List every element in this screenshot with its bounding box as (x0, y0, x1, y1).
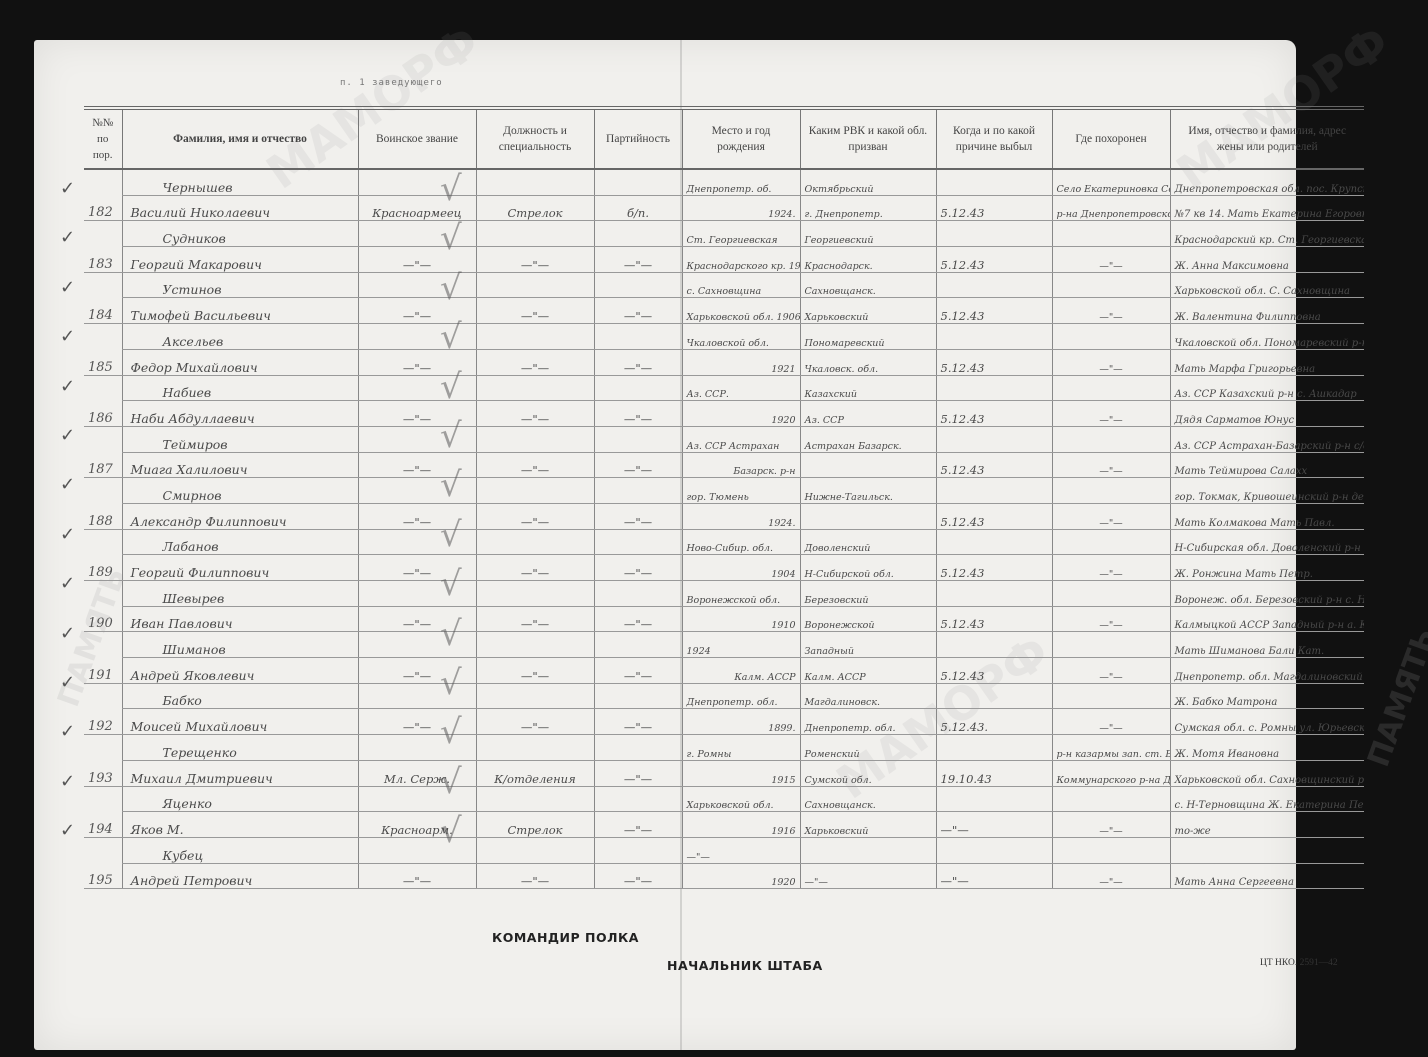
burial-place (1052, 426, 1170, 452)
position: —"— (476, 452, 594, 478)
row-number: 185 (84, 324, 122, 375)
check-mark-icon: √ (440, 271, 462, 305)
rvk-region: Днепропетр. обл. (800, 709, 936, 735)
table-row: 190ШевыревВоронежской обл.БерезовскийВор… (84, 581, 1364, 607)
rvk-region: Чкаловск. обл. (800, 349, 936, 375)
surname: Шевырев (122, 581, 358, 607)
party-cell-empty (594, 426, 682, 452)
party-cell-empty (594, 786, 682, 812)
date-cell-empty (936, 632, 1052, 658)
surname: Судников (122, 221, 358, 247)
birth-place: Аз. ССР Астрахан (682, 426, 800, 452)
party-cell-empty (594, 632, 682, 658)
given-name-patronymic: Федор Михайлович (122, 349, 358, 375)
party: —"— (594, 349, 682, 375)
table-row: 193Терещенког. РомныРоменскийр-н казармы… (84, 735, 1364, 761)
birth-year: 1920 (682, 401, 800, 427)
party: —"— (594, 401, 682, 427)
given-name-patronymic: Михаил Дмитриевич (122, 760, 358, 786)
margin-tick-icon: ✓ (60, 672, 75, 693)
table-row: Тимофей Васильевич—"——"——"—Харьковской о… (84, 298, 1364, 324)
rvk-district: Березовский (800, 581, 936, 607)
party: —"— (594, 709, 682, 735)
burial-place (1052, 375, 1170, 401)
table-row: Наби Абдуллаевич—"——"——"—1920Аз. ССР5.12… (84, 401, 1364, 427)
relative-address: Аз. ССР Астрахан-Базарский р-н с/с Лятин… (1170, 426, 1364, 452)
rvk-region: г. Днепропетр. (800, 195, 936, 221)
party: —"— (594, 452, 682, 478)
check-mark-icon: √ (440, 468, 462, 502)
given-name-patronymic: Георгий Макарович (122, 247, 358, 273)
burial-place (1052, 324, 1170, 350)
surname: Смирнов (122, 478, 358, 504)
position-cell-empty (476, 324, 594, 350)
date-cell-empty (936, 581, 1052, 607)
position: —"— (476, 555, 594, 581)
header-full-name: Фамилия, имя и отчество (122, 108, 358, 169)
row-number: 184 (84, 272, 122, 323)
relative-name: Мать Марфа Григорьевна (1170, 349, 1364, 375)
party-cell-empty (594, 735, 682, 761)
birth-year: Базарск. р-н (682, 452, 800, 478)
position-cell-empty (476, 581, 594, 607)
margin-tick-icon: ✓ (60, 376, 75, 397)
given-name-patronymic: Василий Николаевич (122, 195, 358, 221)
burial-place (1052, 272, 1170, 298)
relative-address: Ж. Бабко Матрона (1170, 683, 1364, 709)
relative-name: Сумская обл. с. Ромны ул. Юрьевская № 69 (1170, 709, 1364, 735)
position-cell-empty (476, 375, 594, 401)
check-mark-icon: √ (440, 567, 462, 601)
row-number: 194 (84, 786, 122, 837)
check-mark-icon: √ (440, 221, 462, 255)
burial-place: Село Екатериновка Солонян. (1052, 169, 1170, 195)
burial-place: р-н казармы зап. ст. Васковцы (1052, 735, 1170, 761)
position: —"— (476, 247, 594, 273)
burial-place-cont: —"— (1052, 658, 1170, 684)
birth-place: Харьковской обл. (682, 786, 800, 812)
rvk-district: Доволенский (800, 529, 936, 555)
burial-place (1052, 632, 1170, 658)
position: —"— (476, 401, 594, 427)
party-cell-empty (594, 324, 682, 350)
rvk-district: Сахновщанск. (800, 272, 936, 298)
burial-place-cont: —"— (1052, 401, 1170, 427)
party: —"— (594, 555, 682, 581)
birth-place: г. Ромны (682, 735, 800, 761)
position: Стрелок (476, 812, 594, 838)
rvk-region: Аз. ССР (800, 401, 936, 427)
table-row: Федор Михайлович—"——"——"—1921Чкаловск. о… (84, 349, 1364, 375)
date-cell-empty (936, 426, 1052, 452)
date-out: 5.12.43 (936, 298, 1052, 324)
date-cell-empty (936, 375, 1052, 401)
table-row: 188Смирновгор. ТюменьНижне-Тагильск.гор.… (84, 478, 1364, 504)
row-number: 189 (84, 529, 122, 580)
table-row: 187ТеймировАз. ССР АстраханАстрахан База… (84, 426, 1364, 452)
margin-tick-icon: ✓ (60, 771, 75, 792)
date-out: —"— (936, 812, 1052, 838)
given-name-patronymic: Моисей Михайлович (122, 709, 358, 735)
birth-year: 1910 (682, 606, 800, 632)
rvk-district: Магдалиновск. (800, 683, 936, 709)
date-cell-empty (936, 169, 1052, 195)
burial-place-cont: —"— (1052, 452, 1170, 478)
header-birth: Место и год рождения (682, 108, 800, 169)
header-rank: Воинское звание (358, 108, 476, 169)
party-cell-empty (594, 221, 682, 247)
check-mark-icon: √ (440, 666, 462, 700)
position: —"— (476, 863, 594, 889)
given-name-patronymic: Андрей Петрович (122, 863, 358, 889)
party-cell-empty (594, 478, 682, 504)
date-cell-empty (936, 735, 1052, 761)
relative-name: то-же (1170, 812, 1364, 838)
relative-address: Аз. ССР Казахский р-н с. Ашкадар (1170, 375, 1364, 401)
burial-place-cont: —"— (1052, 606, 1170, 632)
relative-address: Харьковской обл. С. Сахновщина (1170, 272, 1364, 298)
rvk-district: Нижне-Тагильск. (800, 478, 936, 504)
given-name-patronymic: Иван Павлович (122, 606, 358, 632)
table-row: 184Устиновс. СахновщинаСахновщанск.Харьк… (84, 272, 1364, 298)
row-number: 191 (84, 632, 122, 683)
position-cell-empty (476, 169, 594, 195)
date-cell-empty (936, 529, 1052, 555)
rvk-region: Краснодарск. (800, 247, 936, 273)
table-row: 192БабкоДнепропетр. обл.Магдалиновск.Ж. … (84, 683, 1364, 709)
burial-place-cont: р-на Днепропетровской обл. (1052, 195, 1170, 221)
rvk-district: Октябрьский (800, 169, 936, 195)
check-mark-icon: √ (440, 320, 462, 354)
birth-place: с. Сахновщина (682, 272, 800, 298)
chief-of-staff-signature-label: НАЧАЛЬНИК ШТАБА (667, 958, 823, 973)
table-row: Георгий Филиппович—"——"——"—1904Н-Сибирск… (84, 555, 1364, 581)
birth-place: гор. Тюмень (682, 478, 800, 504)
burial-place (1052, 529, 1170, 555)
surname: Кубец (122, 837, 358, 863)
table-row: Яков М.Красноарм.Стрелок—"—1916Харьковск… (84, 812, 1364, 838)
casualty-table: №№ по пор. Фамилия, имя и отчество Воинс… (84, 106, 1364, 889)
birth-year: 1924. (682, 503, 800, 529)
burial-place-cont: —"— (1052, 349, 1170, 375)
party-cell-empty (594, 683, 682, 709)
position-cell-empty (476, 478, 594, 504)
check-mark-icon: √ (440, 172, 462, 206)
birth-place: Чкаловской обл. (682, 324, 800, 350)
position: —"— (476, 658, 594, 684)
date-cell-empty (936, 478, 1052, 504)
date-out: 5.12.43 (936, 195, 1052, 221)
party: —"— (594, 658, 682, 684)
rvk-region: Н-Сибирской обл. (800, 555, 936, 581)
birth-year: 1904 (682, 555, 800, 581)
relative-address: Воронеж. обл. Березовский р-н с. Нижняя … (1170, 581, 1364, 607)
surname: Чернышев (122, 169, 358, 195)
birth-place: Ст. Георгиевская (682, 221, 800, 247)
relative-address: гор. Токмак, Кривошеинский р-н дер. Коро… (1170, 478, 1364, 504)
birth-place: 1924 (682, 632, 800, 658)
check-mark-icon: √ (440, 419, 462, 453)
rvk-district: Роменский (800, 735, 936, 761)
party: —"— (594, 247, 682, 273)
rvk-region (800, 503, 936, 529)
birth-year: 1899. (682, 709, 800, 735)
rvk-region: Калм. АССР (800, 658, 936, 684)
table-row: 191Шиманов1924ЗападныйМать Шиманова Бали… (84, 632, 1364, 658)
given-name-patronymic: Андрей Яковлевич (122, 658, 358, 684)
table-row: Михаил ДмитриевичМл. Серж.К/отделения—"—… (84, 760, 1364, 786)
form-code: ЦТ НКО. 2591—42 (1260, 958, 1338, 968)
header-burial: Где похоронен (1052, 108, 1170, 169)
table-row: Георгий Макарович—"——"——"—Краснодарского… (84, 247, 1364, 273)
party-cell-empty (594, 581, 682, 607)
position: К/отделения (476, 760, 594, 786)
table-row: Василий НиколаевичКрасноармеецСтрелокб/п… (84, 195, 1364, 221)
given-name-patronymic: Миага Халилович (122, 452, 358, 478)
date-cell-empty (936, 324, 1052, 350)
relative-address: с. Н-Терновщина Ж. Екатерина Петровна (1170, 786, 1364, 812)
rvk-district: Астрахан Базарск. (800, 426, 936, 452)
burial-place (1052, 786, 1170, 812)
burial-place-cont: —"— (1052, 298, 1170, 324)
commander-signature-label: КОМАНДИР ПОЛКА (492, 930, 639, 945)
margin-tick-icon: ✓ (60, 524, 75, 545)
date-cell-empty (936, 786, 1052, 812)
relative-name: Мать Анна Сергеевна (1170, 863, 1364, 889)
table-row: Андрей Яковлевич—"——"——"—Калм. АССРКалм.… (84, 658, 1364, 684)
table-row: 189ЛабановНово-Сибир. обл.ДоволенскийН-С… (84, 529, 1364, 555)
surname: Яценко (122, 786, 358, 812)
position: —"— (476, 349, 594, 375)
row-number: 190 (84, 581, 122, 632)
rvk-region: Харьковский (800, 812, 936, 838)
date-cell-empty (936, 221, 1052, 247)
stamp-note: п. 1 заведующего (340, 78, 443, 88)
position-cell-empty (476, 735, 594, 761)
position: —"— (476, 709, 594, 735)
header-number: №№ по пор. (84, 108, 122, 169)
position: —"— (476, 298, 594, 324)
relative-address: Днепропетровская обл. пос. Крупской ул. … (1170, 169, 1364, 195)
margin-tick-icon: ✓ (60, 623, 75, 644)
birth-place: Аз. ССР. (682, 375, 800, 401)
date-cell-empty (936, 272, 1052, 298)
surname: Шиманов (122, 632, 358, 658)
birth-year: 1924. (682, 195, 800, 221)
date-out: 5.12.43 (936, 349, 1052, 375)
burial-place-cont: —"— (1052, 555, 1170, 581)
relative-name: №7 кв 14. Мать Екатерина Егоровна (1170, 195, 1364, 221)
relative-name: Харьковской обл. Сахновщинский р-н (1170, 760, 1364, 786)
margin-tick-icon: ✓ (60, 721, 75, 742)
relative-name: Днепропетр. обл. Магдалиновский р-н с. М… (1170, 658, 1364, 684)
birth-place: Воронежской обл. (682, 581, 800, 607)
margin-tick-icon: ✓ (60, 178, 75, 199)
rvk-region: —"— (800, 863, 936, 889)
rvk-district: Казахский (800, 375, 936, 401)
birth-place: Ново-Сибир. обл. (682, 529, 800, 555)
position-cell-empty (476, 632, 594, 658)
surname: Терещенко (122, 735, 358, 761)
burial-place-cont: Коммунарского р-на Днепроп. обл. (1052, 760, 1170, 786)
table-row: 194ЯценкоХарьковской обл.Сахновщанск.с. … (84, 786, 1364, 812)
relative-address: Чкаловской обл. Пономаревский р-н Романо… (1170, 324, 1364, 350)
burial-place (1052, 837, 1170, 863)
position-cell-empty (476, 786, 594, 812)
header-date-reason: Когда и по какой причине выбыл (936, 108, 1052, 169)
table-row: Андрей Петрович—"——"——"—1920—"——"——"—Мат… (84, 863, 1364, 889)
row-number: 188 (84, 478, 122, 529)
birth-year: 1921 (682, 349, 800, 375)
relative-name: Калмыцкой АССР Западный р-н а. Кордания (1170, 606, 1364, 632)
check-mark-icon: √ (440, 617, 462, 651)
burial-place (1052, 683, 1170, 709)
birth-year: 1916 (682, 812, 800, 838)
rvk-region: Харьковский (800, 298, 936, 324)
row-number: 182 (84, 169, 122, 221)
given-name-patronymic: Александр Филиппович (122, 503, 358, 529)
header-rvk: Каким РВК и какой обл. призван (800, 108, 936, 169)
date-out: 5.12.43 (936, 606, 1052, 632)
rvk-district: Западный (800, 632, 936, 658)
birth-year: 1920 (682, 863, 800, 889)
row-number: 192 (84, 683, 122, 734)
position-cell-empty (476, 683, 594, 709)
relative-address: Мать Шиманова Бали Кат. (1170, 632, 1364, 658)
birth-place: Днепропетр. об. (682, 169, 800, 195)
birth-year: Краснодарского кр. 1912 (682, 247, 800, 273)
rvk-region (800, 452, 936, 478)
date-out: 5.12.43 (936, 503, 1052, 529)
relative-address: Краснодарский кр. Ст. Георгиевская (1170, 221, 1364, 247)
date-out: 5.12.43 (936, 658, 1052, 684)
header-position: Должность и специальность (476, 108, 594, 169)
surname: Теймиров (122, 426, 358, 452)
given-name-patronymic: Тимофей Васильевич (122, 298, 358, 324)
rvk-district: Пономаревский (800, 324, 936, 350)
relative-name: Ж. Ронжина Мать Петр. (1170, 555, 1364, 581)
row-number: 193 (84, 735, 122, 786)
margin-tick-icon: ✓ (60, 820, 75, 841)
party: —"— (594, 760, 682, 786)
table-row: Миага Халилович—"——"——"—Базарск. р-н5.12… (84, 452, 1364, 478)
relative-address (1170, 837, 1364, 863)
party-cell-empty (594, 272, 682, 298)
position: —"— (476, 606, 594, 632)
surname: Аксельев (122, 324, 358, 350)
burial-place-cont: —"— (1052, 247, 1170, 273)
position-cell-empty (476, 837, 594, 863)
position-cell-empty (476, 221, 594, 247)
margin-tick-icon: ✓ (60, 277, 75, 298)
surname: Устинов (122, 272, 358, 298)
position-cell-empty (476, 272, 594, 298)
given-name-patronymic: Наби Абдуллаевич (122, 401, 358, 427)
position: —"— (476, 503, 594, 529)
given-name-patronymic: Георгий Филиппович (122, 555, 358, 581)
margin-tick-icon: ✓ (60, 474, 75, 495)
row-number: 186 (84, 375, 122, 426)
date-out: 5.12.43 (936, 247, 1052, 273)
check-mark-icon: √ (440, 370, 462, 404)
table-row: 185АксельевЧкаловской обл.ПономаревскийЧ… (84, 324, 1364, 350)
party-cell-empty (594, 169, 682, 195)
date-cell-empty (936, 683, 1052, 709)
date-cell-empty (936, 837, 1052, 863)
given-name-patronymic: Яков М. (122, 812, 358, 838)
party: —"— (594, 298, 682, 324)
row-number: 183 (84, 221, 122, 272)
party-cell-empty (594, 529, 682, 555)
table-row: 182ЧернышевДнепропетр. об.ОктябрьскийСел… (84, 169, 1364, 195)
burial-place (1052, 221, 1170, 247)
birth-year: Харьковской обл. 1906 (682, 298, 800, 324)
surname: Бабко (122, 683, 358, 709)
burial-place-cont: —"— (1052, 863, 1170, 889)
row-number: 195 (84, 837, 122, 888)
check-mark-icon: √ (440, 715, 462, 749)
relative-name: Мать Теймирова Салахх (1170, 452, 1364, 478)
party-cell-empty (594, 837, 682, 863)
party-cell-empty (594, 375, 682, 401)
relative-address: Ж. Мотя Ивановна (1170, 735, 1364, 761)
table-row: Моисей Михайлович—"——"——"—1899.Днепропет… (84, 709, 1364, 735)
relative-address: Н-Сибирская обл. Доволенский р-н с. Сого… (1170, 529, 1364, 555)
burial-place-cont: —"— (1052, 709, 1170, 735)
surname: Набиев (122, 375, 358, 401)
table-row: 183СудниковСт. ГеоргиевскаяГеоргиевскийК… (84, 221, 1364, 247)
surname: Лабанов (122, 529, 358, 555)
burial-place-cont: —"— (1052, 812, 1170, 838)
rvk-region: Сумской обл. (800, 760, 936, 786)
margin-tick-icon: ✓ (60, 326, 75, 347)
date-out: 19.10.43 (936, 760, 1052, 786)
date-out: 5.12.43. (936, 709, 1052, 735)
table-row: Иван Павлович—"——"——"—1910Воронежской5.1… (84, 606, 1364, 632)
rvk-district: Сахновщанск. (800, 786, 936, 812)
header-party: Партийность (594, 108, 682, 169)
margin-tick-icon: ✓ (60, 425, 75, 446)
birth-year: Калм. АССР (682, 658, 800, 684)
header-relatives: Имя, отчество и фамилия, адрес жены или … (1170, 108, 1364, 169)
birth-place: —"— (682, 837, 800, 863)
position-cell-empty (476, 426, 594, 452)
burial-place-cont: —"— (1052, 503, 1170, 529)
party: —"— (594, 503, 682, 529)
table-row: 186НабиевАз. ССР.КазахскийАз. ССР Казахс… (84, 375, 1364, 401)
rvk-region: Воронежской (800, 606, 936, 632)
position-cell-empty (476, 529, 594, 555)
date-out: 5.12.43 (936, 555, 1052, 581)
margin-tick-icon: ✓ (60, 573, 75, 594)
party: —"— (594, 606, 682, 632)
margin-tick-icon: ✓ (60, 227, 75, 248)
check-mark-icon: √ (440, 814, 462, 848)
birth-year: 1915 (682, 760, 800, 786)
check-mark-icon: √ (440, 518, 462, 552)
rvk-district (800, 837, 936, 863)
row-number: 187 (84, 426, 122, 477)
burial-place (1052, 478, 1170, 504)
table-row: 195Кубец—"— (84, 837, 1364, 863)
party: —"— (594, 863, 682, 889)
date-out: 5.12.43 (936, 452, 1052, 478)
position: Стрелок (476, 195, 594, 221)
check-mark-icon: √ (440, 765, 462, 799)
burial-place (1052, 581, 1170, 607)
relative-name: Дядя Сарматов Юнус (1170, 401, 1364, 427)
date-out: 5.12.43 (936, 401, 1052, 427)
